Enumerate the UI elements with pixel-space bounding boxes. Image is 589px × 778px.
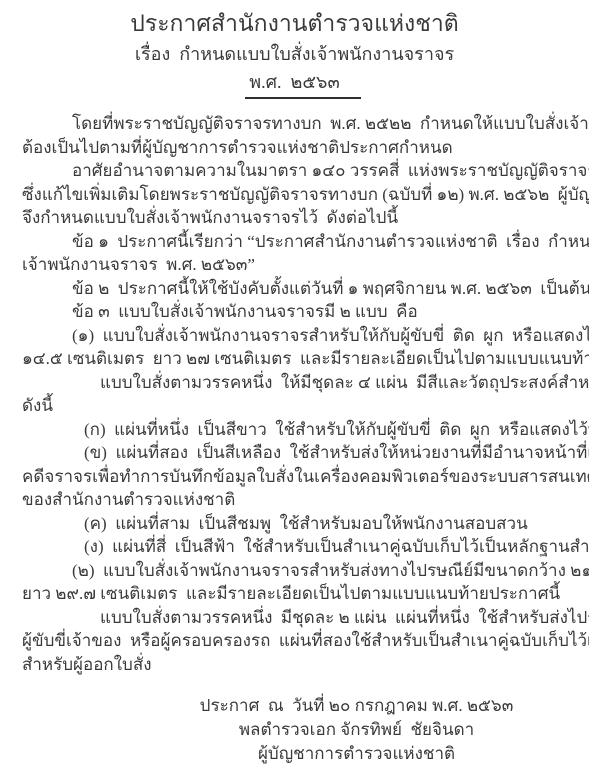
document-year: พ.ศ. ๒๕๖๓: [0, 68, 589, 96]
body-line: เจ้าพนักงานจราจร พ.ศ. ๒๕๖๓”: [22, 253, 571, 277]
body-line: จึงกำหนดแบบใบสั่งเจ้าพนักงานจราจรไว้ ดัง…: [22, 206, 571, 230]
body-line-item-1: (๑) แบบใบสั่งเจ้าพนักงานจราจรสำหรับให้กั…: [22, 324, 571, 348]
body-line: คดีจราจรเพื่อทำการบันทึกข้อมูลใบสั่งในเค…: [22, 465, 571, 489]
body-line: แบบใบสั่งตามวรรคหนึ่ง ให้มีชุดละ ๔ แผ่น …: [22, 371, 571, 395]
body-line-item-2: (๒) แบบใบสั่งเจ้าพนักงานจราจรสำหรับส่งทา…: [22, 559, 571, 583]
body-line: โดยที่พระราชบัญญัติจราจรทางบก พ.ศ. ๒๕๒๒ …: [22, 112, 571, 136]
title-divider-line: [245, 97, 361, 99]
body-line: ผู้ขับขี่เจ้าของ หรือผู้ครอบครองรถ แผ่นท…: [22, 629, 571, 653]
body-line-clause-2: ข้อ ๒ ประกาศนี้ให้ใช้บังคับตั้งแต่วันที่…: [22, 277, 571, 301]
signer-position: ผู้บัญชาการตำรวจแห่งชาติ: [124, 742, 589, 766]
document-subject: เรื่อง กำหนดแบบใบสั่งเจ้าพนักงานจราจร: [0, 40, 589, 68]
body-line: ต้องเป็นไปตามที่ผู้บัญชาการตำรวจแห่งชาติ…: [22, 136, 571, 160]
signer-name: พลตำรวจเอก จักรทิพย์ ชัยจินดา: [124, 718, 589, 742]
body-line: ดังนี้: [22, 394, 571, 418]
body-line-item-ก: (ก) แผ่นที่หนึ่ง เป็นสีขาว ใช้สำหรับให้ก…: [22, 418, 571, 442]
body-line: อาศัยอำนาจตามความในมาตรา ๑๔๐ วรรคสี่ แห่…: [22, 159, 571, 183]
announcement-document: ประกาศสำนักงานตำรวจแห่งชาติ เรื่อง กำหนด…: [0, 0, 589, 778]
body-line-item-ค: (ค) แผ่นที่สาม เป็นสีชมพู ใช้สำหรับมอบให…: [22, 512, 571, 536]
document-body: โดยที่พระราชบัญญัติจราจรทางบก พ.ศ. ๒๕๒๒ …: [0, 112, 589, 676]
body-line: ซึ่งแก้ไขเพิ่มเติมโดยพระราชบัญญัติจราจรท…: [22, 183, 571, 207]
body-line: สำหรับผู้ออกใบสั่ง: [22, 653, 571, 677]
body-line-item-ง: (ง) แผ่นที่สี่ เป็นสีฟ้า ใช้สำหรับเป็นสำ…: [22, 535, 571, 559]
document-title: ประกาศสำนักงานตำรวจแห่งชาติ: [0, 8, 589, 40]
document-header: ประกาศสำนักงานตำรวจแห่งชาติ เรื่อง กำหนด…: [0, 0, 589, 99]
body-line: แบบใบสั่งตามวรรคหนึ่ง มีชุดละ ๒ แผ่น แผ่…: [22, 606, 571, 630]
body-line-clause-1: ข้อ ๑ ประกาศนี้เรียกว่า “ประกาศสำนักงานต…: [22, 230, 571, 254]
body-line-clause-3: ข้อ ๓ แบบใบสั่งเจ้าพนักงานจราจรมี ๒ แบบ …: [22, 300, 571, 324]
body-line: ของสำนักงานตำรวจแห่งชาติ: [22, 488, 571, 512]
body-line: ๑๔.๕ เซนติเมตร ยาว ๒๗ เซนติเมตร และมีราย…: [22, 347, 571, 371]
body-line-item-ข: (ข) แผ่นที่สอง เป็นสีเหลือง ใช้สำหรับส่ง…: [22, 441, 571, 465]
signature-block: ประกาศ ณ วันที่ ๒๐ กรกฎาคม พ.ศ. ๒๕๖๓ พลต…: [0, 694, 589, 766]
body-line: ยาว ๒๙.๗ เซนติเมตร และมีรายละเอียดเป็นไป…: [22, 582, 571, 606]
promulgation-date-line: ประกาศ ณ วันที่ ๒๐ กรกฎาคม พ.ศ. ๒๕๖๓: [124, 694, 589, 718]
